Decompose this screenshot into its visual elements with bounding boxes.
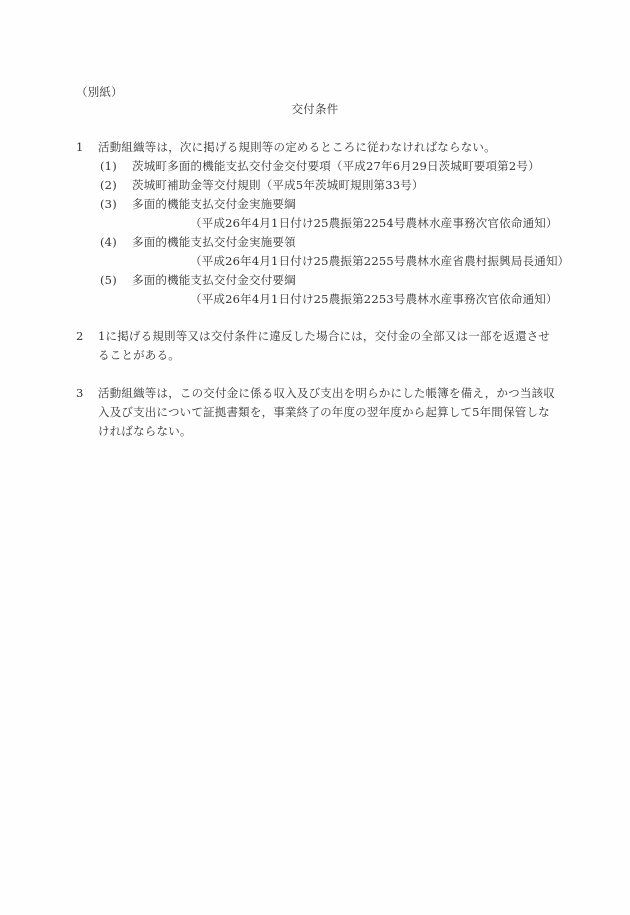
item-text: 多面的機能支払交付金実施要綱 [132,197,296,211]
item-text: 多面的機能支払交付金交付要綱 [132,273,296,287]
item-number: (3) [100,195,132,213]
attachment-label: （別紙） [76,83,123,101]
clause-1-item-4: (4)多面的機能支払交付金実施要領 [100,233,296,251]
item-text: 茨城町補助金等交付規則（平成5年茨城町規則第33号） [132,178,424,192]
clause-1-item-1: (1)茨城町多面的機能支払交付金交付要項（平成27年6月29日茨城町要項第2号） [100,157,540,175]
document-page: （別紙） 交付条件 1活動組織等は，次に掲げる規則等の定めるところに従わなければ… [0,0,630,915]
clause-1-item-2: (2)茨城町補助金等交付規則（平成5年茨城町規則第33号） [100,176,424,194]
clause-1-item-3-note: （平成26年4月1日付け25農振第2254号農林水産事務次官依命通知） [190,214,558,232]
clause-1-item-5-note: （平成26年4月1日付け25農振第2253号農林水産事務次官依命通知） [190,290,558,308]
clause-1-item-5: (5)多面的機能支払交付金交付要綱 [100,271,296,289]
clause-3-line-2: 入及び支出について証拠書類を，事業終了の年度の翌年度から起算して5年間保管しな [98,403,550,421]
clause-1-item-3: (3)多面的機能支払交付金実施要綱 [100,195,296,213]
clause-1: 1活動組織等は，次に掲げる規則等の定めるところに従わなければならない。 [76,138,496,156]
item-text: 多面的機能支払交付金実施要領 [132,235,296,249]
clause-3-line-3: ければならない。 [98,422,192,440]
item-number: (1) [100,157,132,175]
item-text: 茨城町多面的機能支払交付金交付要項（平成27年6月29日茨城町要項第2号） [132,159,540,173]
clause-text-line-1: 活動組織等は，この交付金に係る収入及び支出を明らかにした帳簿を備え，かつ当該収 [98,386,555,400]
clause-1-item-4-note: （平成26年4月1日付け25農振第2255号農林水産省農村振興局長通知） [190,252,569,270]
clause-number: 3 [76,384,98,402]
clause-text-line-1: 1に掲げる規則等又は交付条件に違反した場合には，交付金の全部又は一部を返還させ [98,329,550,343]
clause-text: 活動組織等は，次に掲げる規則等の定めるところに従わなければならない。 [98,140,496,154]
item-number: (5) [100,271,132,289]
clause-2: 21に掲げる規則等又は交付条件に違反した場合には，交付金の全部又は一部を返還させ [76,327,550,345]
item-number: (4) [100,233,132,251]
document-title: 交付条件 [0,100,630,118]
clause-number: 1 [76,138,98,156]
item-number: (2) [100,176,132,194]
clause-number: 2 [76,327,98,345]
clause-2-line-2: ることがある。 [98,346,180,364]
clause-3: 3活動組織等は，この交付金に係る収入及び支出を明らかにした帳簿を備え，かつ当該収 [76,384,555,402]
